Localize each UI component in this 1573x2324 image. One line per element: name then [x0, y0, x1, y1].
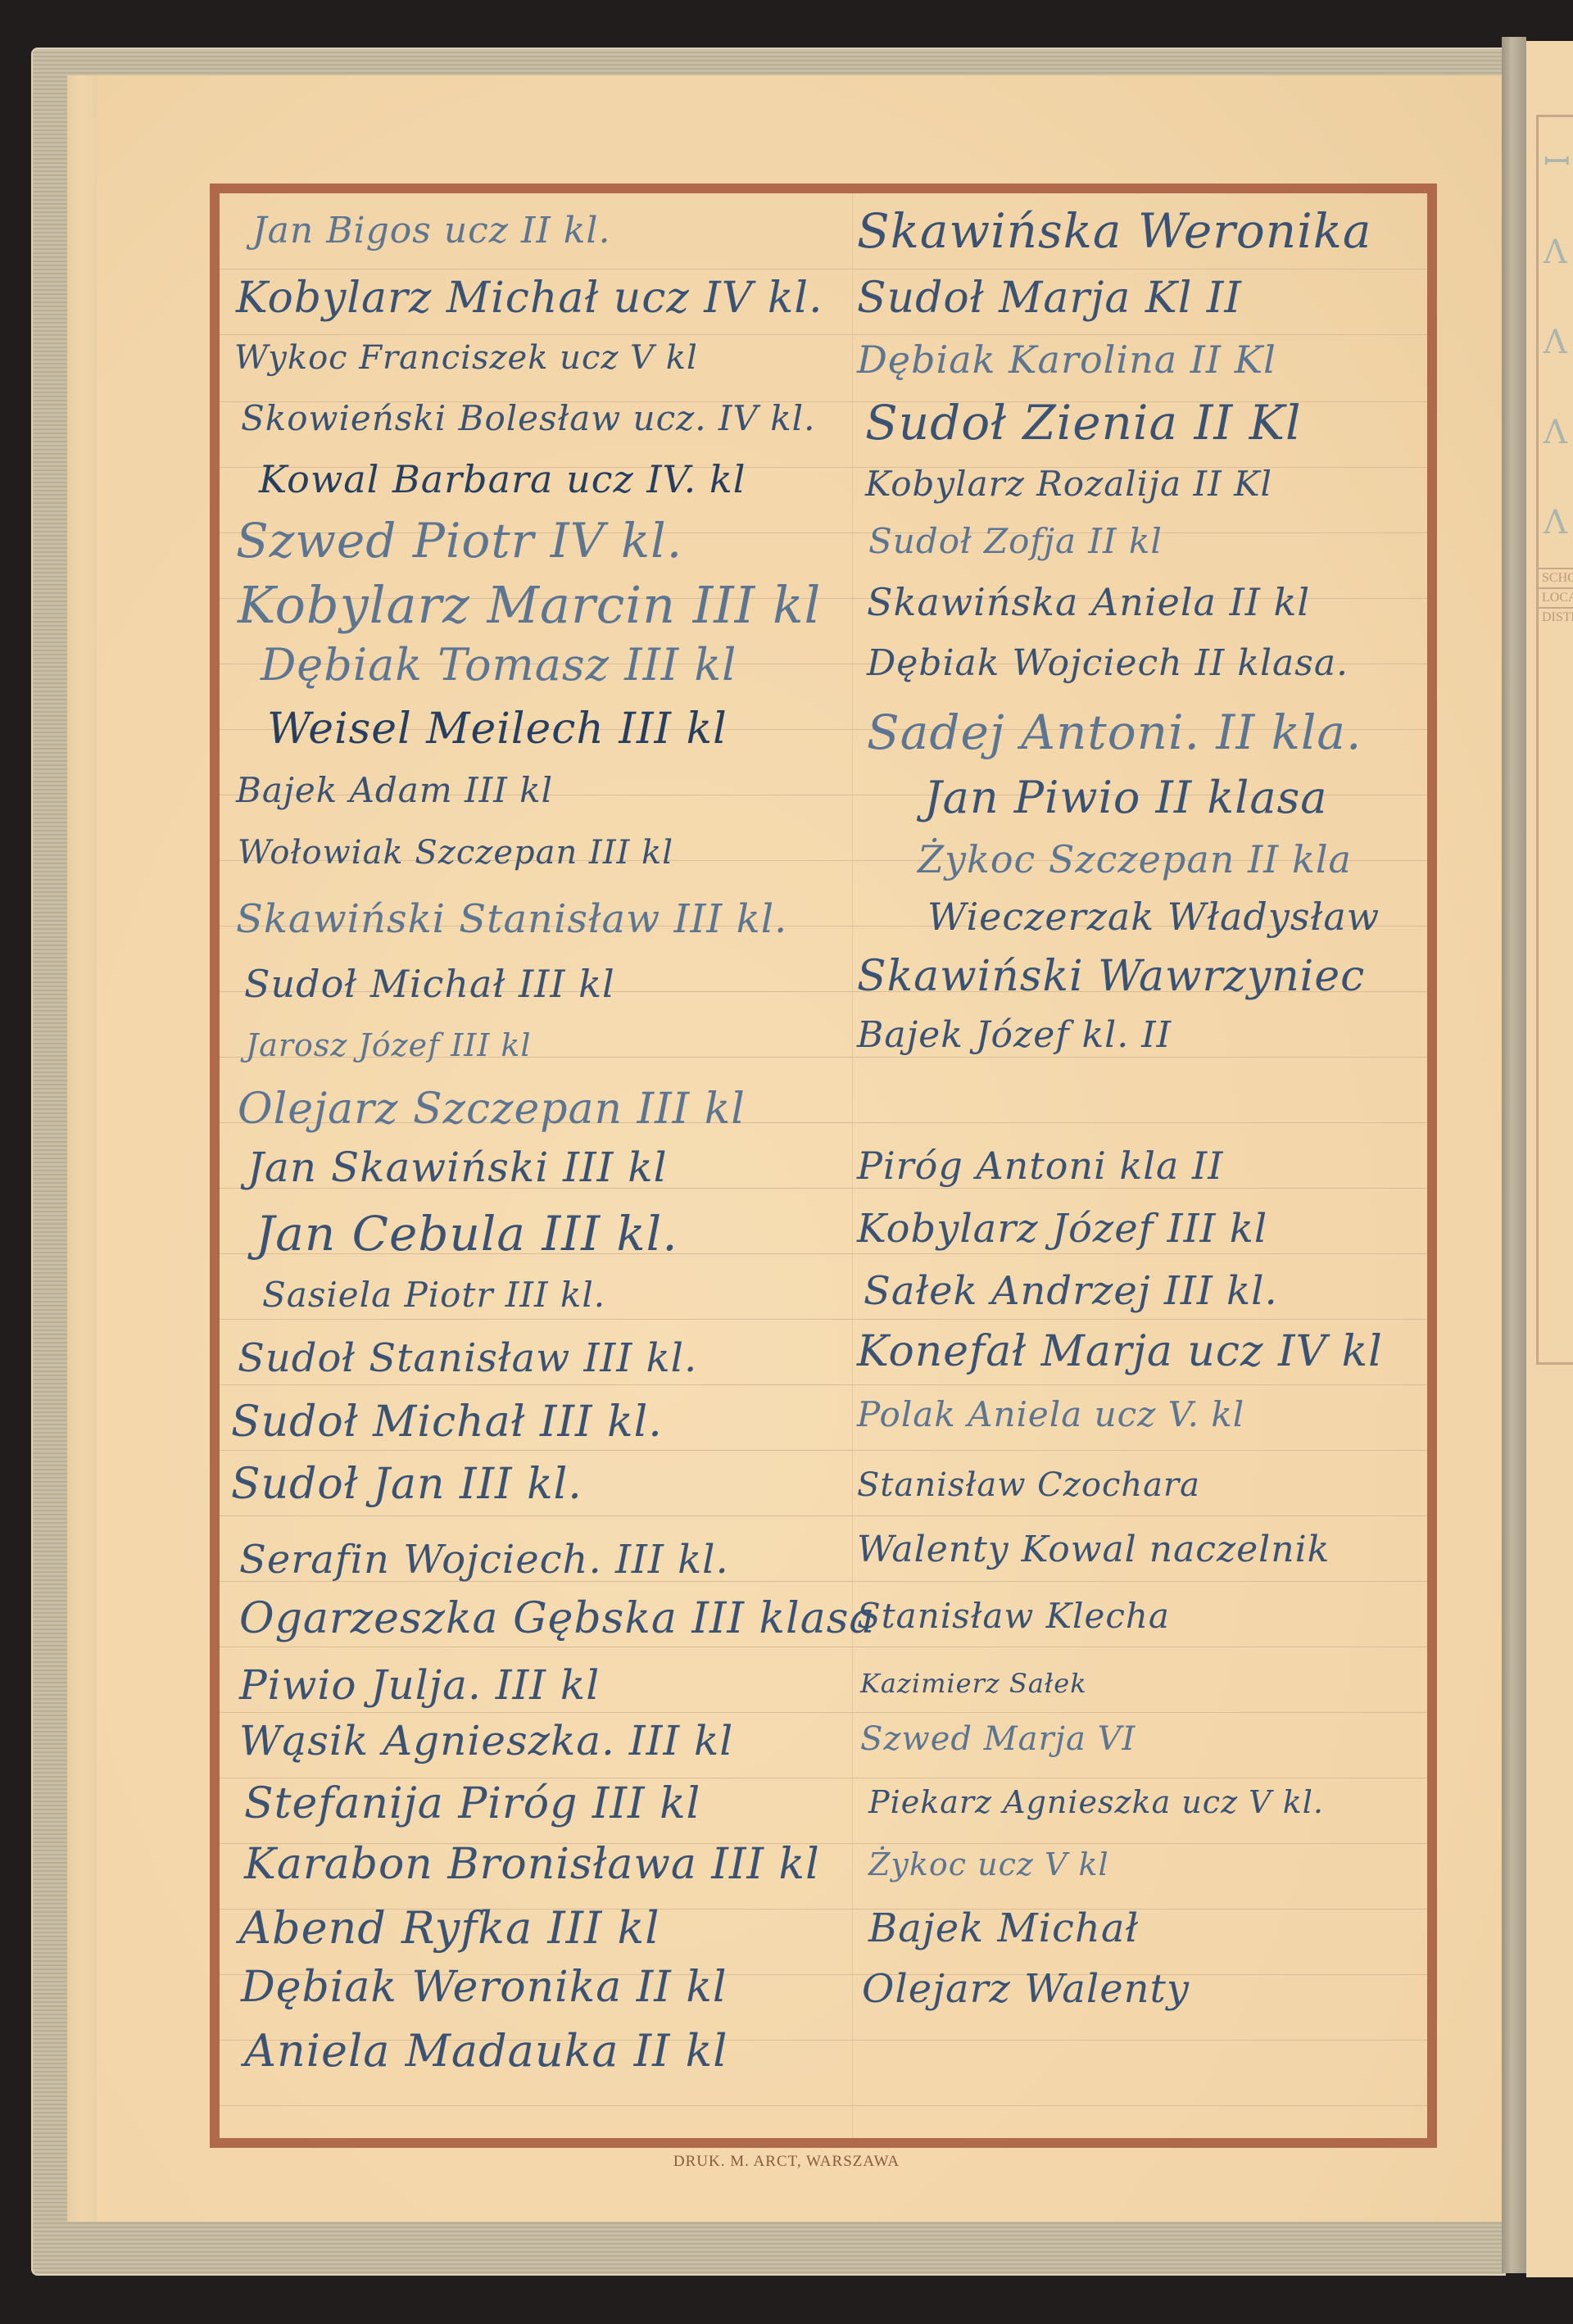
right-entry: Bajek Michał — [868, 1905, 1139, 1951]
right-entry: Kazimierz Sałek — [860, 1668, 1087, 1699]
left-entry: Skawiński Stanisław III kl. — [236, 896, 787, 942]
left-entry: Piwio Julja. III kl — [239, 1661, 600, 1709]
left-entry: Weisel Meilech III kl — [267, 704, 728, 754]
left-entry: Sasiela Piotr III kl. — [262, 1275, 605, 1315]
printed-border-frame: Jan Bigos ucz II kl. Kobylarz Michał ucz… — [210, 183, 1437, 2148]
ruled-line — [220, 1647, 1427, 1647]
left-entry: Kobylarz Marcin III kl — [238, 575, 821, 635]
panel-label: LOCALITY — [1539, 587, 1573, 607]
printer-imprint: DRUK. M. ARCT, WARSZAWA — [0, 2153, 1573, 2171]
left-entry: Wołowiak Szczepan III kl — [238, 834, 673, 872]
ornament-glyph: Λ — [1539, 207, 1573, 297]
right-entry: Sałek Andrzej III kl. — [864, 1268, 1278, 1314]
right-entry: Sadej Antoni. II kla. — [867, 704, 1362, 760]
right-entry: Wieczerzak Władysław — [927, 895, 1380, 939]
right-entry: Piróg Antoni kla II — [857, 1144, 1223, 1188]
left-entry: Sudoł Michał III kl. — [231, 1398, 663, 1447]
column-divider — [852, 193, 853, 2138]
ornament-glyph: Λ — [1539, 297, 1573, 387]
right-entry: Dębiak Karolina II Kl — [857, 338, 1276, 382]
left-entry: Abend Ryfka III kl — [239, 1902, 660, 1954]
ruled-line — [220, 1450, 1427, 1451]
left-entry: Jarosz Józef III kl — [246, 1027, 532, 1063]
right-entry: Stanisław Czochara — [857, 1466, 1200, 1504]
panel-label: DISTRICT — [1539, 607, 1573, 627]
ruled-line — [220, 1384, 1427, 1385]
left-entry: Jan Skawiński III kl — [247, 1144, 668, 1191]
left-entry: Sudoł Jan III kl. — [231, 1460, 583, 1509]
left-entry: Aniela Madauka II kl — [244, 2025, 728, 2077]
panel-label: SCHOOL — [1539, 568, 1573, 587]
left-entry: Sudoł Stanisław III kl. — [238, 1335, 697, 1381]
facing-page-edge: ꟷ Λ Λ Λ Λ SCHOOL LOCALITY DISTRICT — [1526, 41, 1573, 2277]
right-entry: Polak Aniela ucz V. kl — [857, 1394, 1244, 1434]
left-entry: Olejarz Szczepan III kl — [238, 1085, 746, 1134]
right-entry: Skawińska Weronika — [857, 203, 1371, 259]
left-entry: Wykoc Franciszek ucz V kl — [234, 339, 698, 377]
left-entry: Wąsik Agnieszka. III kl — [239, 1717, 733, 1765]
ornamental-title-panel: ꟷ Λ Λ Λ Λ SCHOOL LOCALITY DISTRICT — [1536, 115, 1573, 1365]
right-entry: Stanisław Klecha — [857, 1596, 1170, 1636]
right-entry: Żykoc ucz V kl — [868, 1846, 1109, 1882]
right-entry: Kobylarz Rozalija II Kl — [865, 464, 1272, 504]
right-entry: Bajek Józef kl. II — [857, 1014, 1172, 1056]
ruled-line — [220, 269, 1427, 270]
left-entry: Serafin Wojciech. III kl. — [239, 1537, 729, 1583]
right-entry: Żykoc Szczepan II kla — [918, 837, 1352, 881]
right-entry: Walenty Kowal naczelnik — [857, 1529, 1330, 1570]
left-entry: Dębiak Tomasz III kl — [261, 639, 737, 691]
left-entry: Bajek Adam III kl — [236, 770, 553, 810]
right-entry: Sudoł Zofja II kl — [868, 521, 1163, 561]
right-entry: Sudoł Zienia II Kl — [865, 395, 1302, 451]
right-entry: Szwed Marja VI — [860, 1720, 1136, 1758]
left-entry: Ogarzeszka Gębska III klasa — [239, 1594, 875, 1643]
left-entry: Jan Bigos ucz II kl. — [252, 210, 610, 251]
ornament-glyph: Λ — [1539, 387, 1573, 478]
right-entry: Olejarz Walenty — [862, 1966, 1190, 2012]
right-entry: Dębiak Wojciech II klasa. — [867, 642, 1349, 684]
ruled-line — [220, 1515, 1427, 1516]
right-entry: Skawiński Wawrzyniec — [857, 952, 1365, 1001]
right-entry: Skawińska Aniela II kl — [867, 580, 1310, 624]
ruled-line — [220, 2105, 1427, 2106]
ruled-line — [220, 1319, 1427, 1320]
book-gutter — [1502, 37, 1526, 2273]
left-entry: Stefanija Piróg III kl — [244, 1779, 700, 1828]
left-entry: Kobylarz Michał ucz IV kl. — [236, 274, 823, 323]
ruled-line — [220, 1712, 1427, 1713]
right-entry: Sudoł Marja Kl II — [857, 274, 1242, 323]
left-entry: Sudoł Michał III kl — [244, 962, 615, 1006]
left-entry: Jan Cebula III kl. — [256, 1206, 678, 1262]
left-entry: Dębiak Weronika II kl — [241, 1963, 727, 2012]
ruled-line — [220, 1778, 1427, 1778]
right-entry: Piekarz Agnieszka ucz V kl. — [868, 1784, 1324, 1820]
ornament-glyph: Λ — [1539, 478, 1573, 568]
right-entry: Jan Piwio II klasa — [924, 772, 1327, 823]
left-entry: Szwed Piotr IV kl. — [236, 513, 682, 569]
right-entry: Kobylarz Józef III kl — [857, 1206, 1267, 1252]
left-entry: Karabon Bronisława III kl — [244, 1840, 820, 1889]
left-entry: Skowieński Bolesław ucz. IV kl. — [241, 398, 815, 438]
right-entry: Konefał Marja ucz IV kl — [857, 1327, 1383, 1376]
left-entry: Kowal Barbara ucz IV. kl — [259, 457, 746, 501]
register-page: Jan Bigos ucz II kl. Kobylarz Michał ucz… — [97, 75, 1502, 2222]
page-edges — [67, 75, 100, 2222]
ruled-line — [220, 334, 1427, 335]
ornament-glyph: ꟷ — [1539, 117, 1573, 207]
